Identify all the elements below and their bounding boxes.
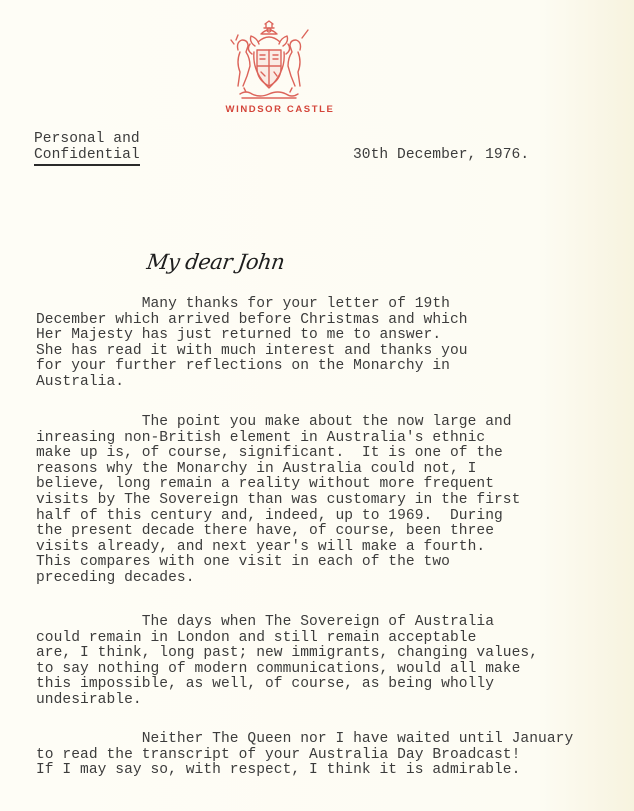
letterhead-address: WINDSOR CASTLE [200,104,360,115]
handwritten-salutation: My dear John [145,250,286,274]
classification-line-1: Personal and [34,131,140,147]
body-paragraph-2: The point you make about the now large a… [36,415,520,587]
body-paragraph-4: Neither The Queen nor I have waited unti… [36,732,573,779]
royal-coat-of-arms-icon [228,20,310,102]
letter-date: 30th December, 1976. [353,148,529,164]
letter-page: WINDSOR CASTLE Personal and Confidential… [0,0,634,811]
classification-line-2: Confidential [34,148,140,167]
body-paragraph-3: The days when The Sovereign of Australia… [36,615,538,709]
body-paragraph-1: Many thanks for your letter of 19th Dece… [36,297,468,391]
classification-label: Personal and Confidential [34,132,140,166]
